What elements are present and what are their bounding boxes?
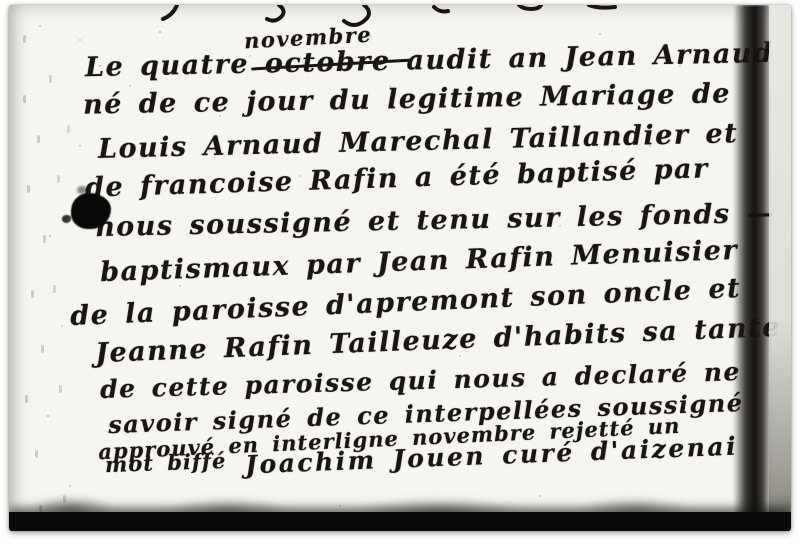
line1-after: audit an Jean Arnaud [390, 38, 773, 77]
struck-word-octobre: octobre [265, 48, 391, 78]
document-photo: novembre Le quatre octobre audit an Jean… [9, 5, 791, 531]
page-bottom-shadow [9, 512, 791, 531]
paper-noise [39, 25, 41, 27]
book-gutter-shadow [733, 5, 773, 531]
screenshot: novembre Le quatre octobre audit an Jean… [0, 0, 800, 545]
manuscript-line-2: né de ce jour du legitime Mariage de [83, 80, 731, 118]
page-edge-right [769, 5, 791, 531]
manuscript-line-5: nous soussigné et tenu sur les fonds — [95, 200, 775, 241]
line1-before: Le quatre [85, 48, 265, 83]
bleed-through-marks [23, 35, 26, 43]
manuscript-line-1: Le quatre octobre audit an Jean Arnaud [85, 40, 774, 81]
previous-line-remnant [159, 5, 629, 29]
